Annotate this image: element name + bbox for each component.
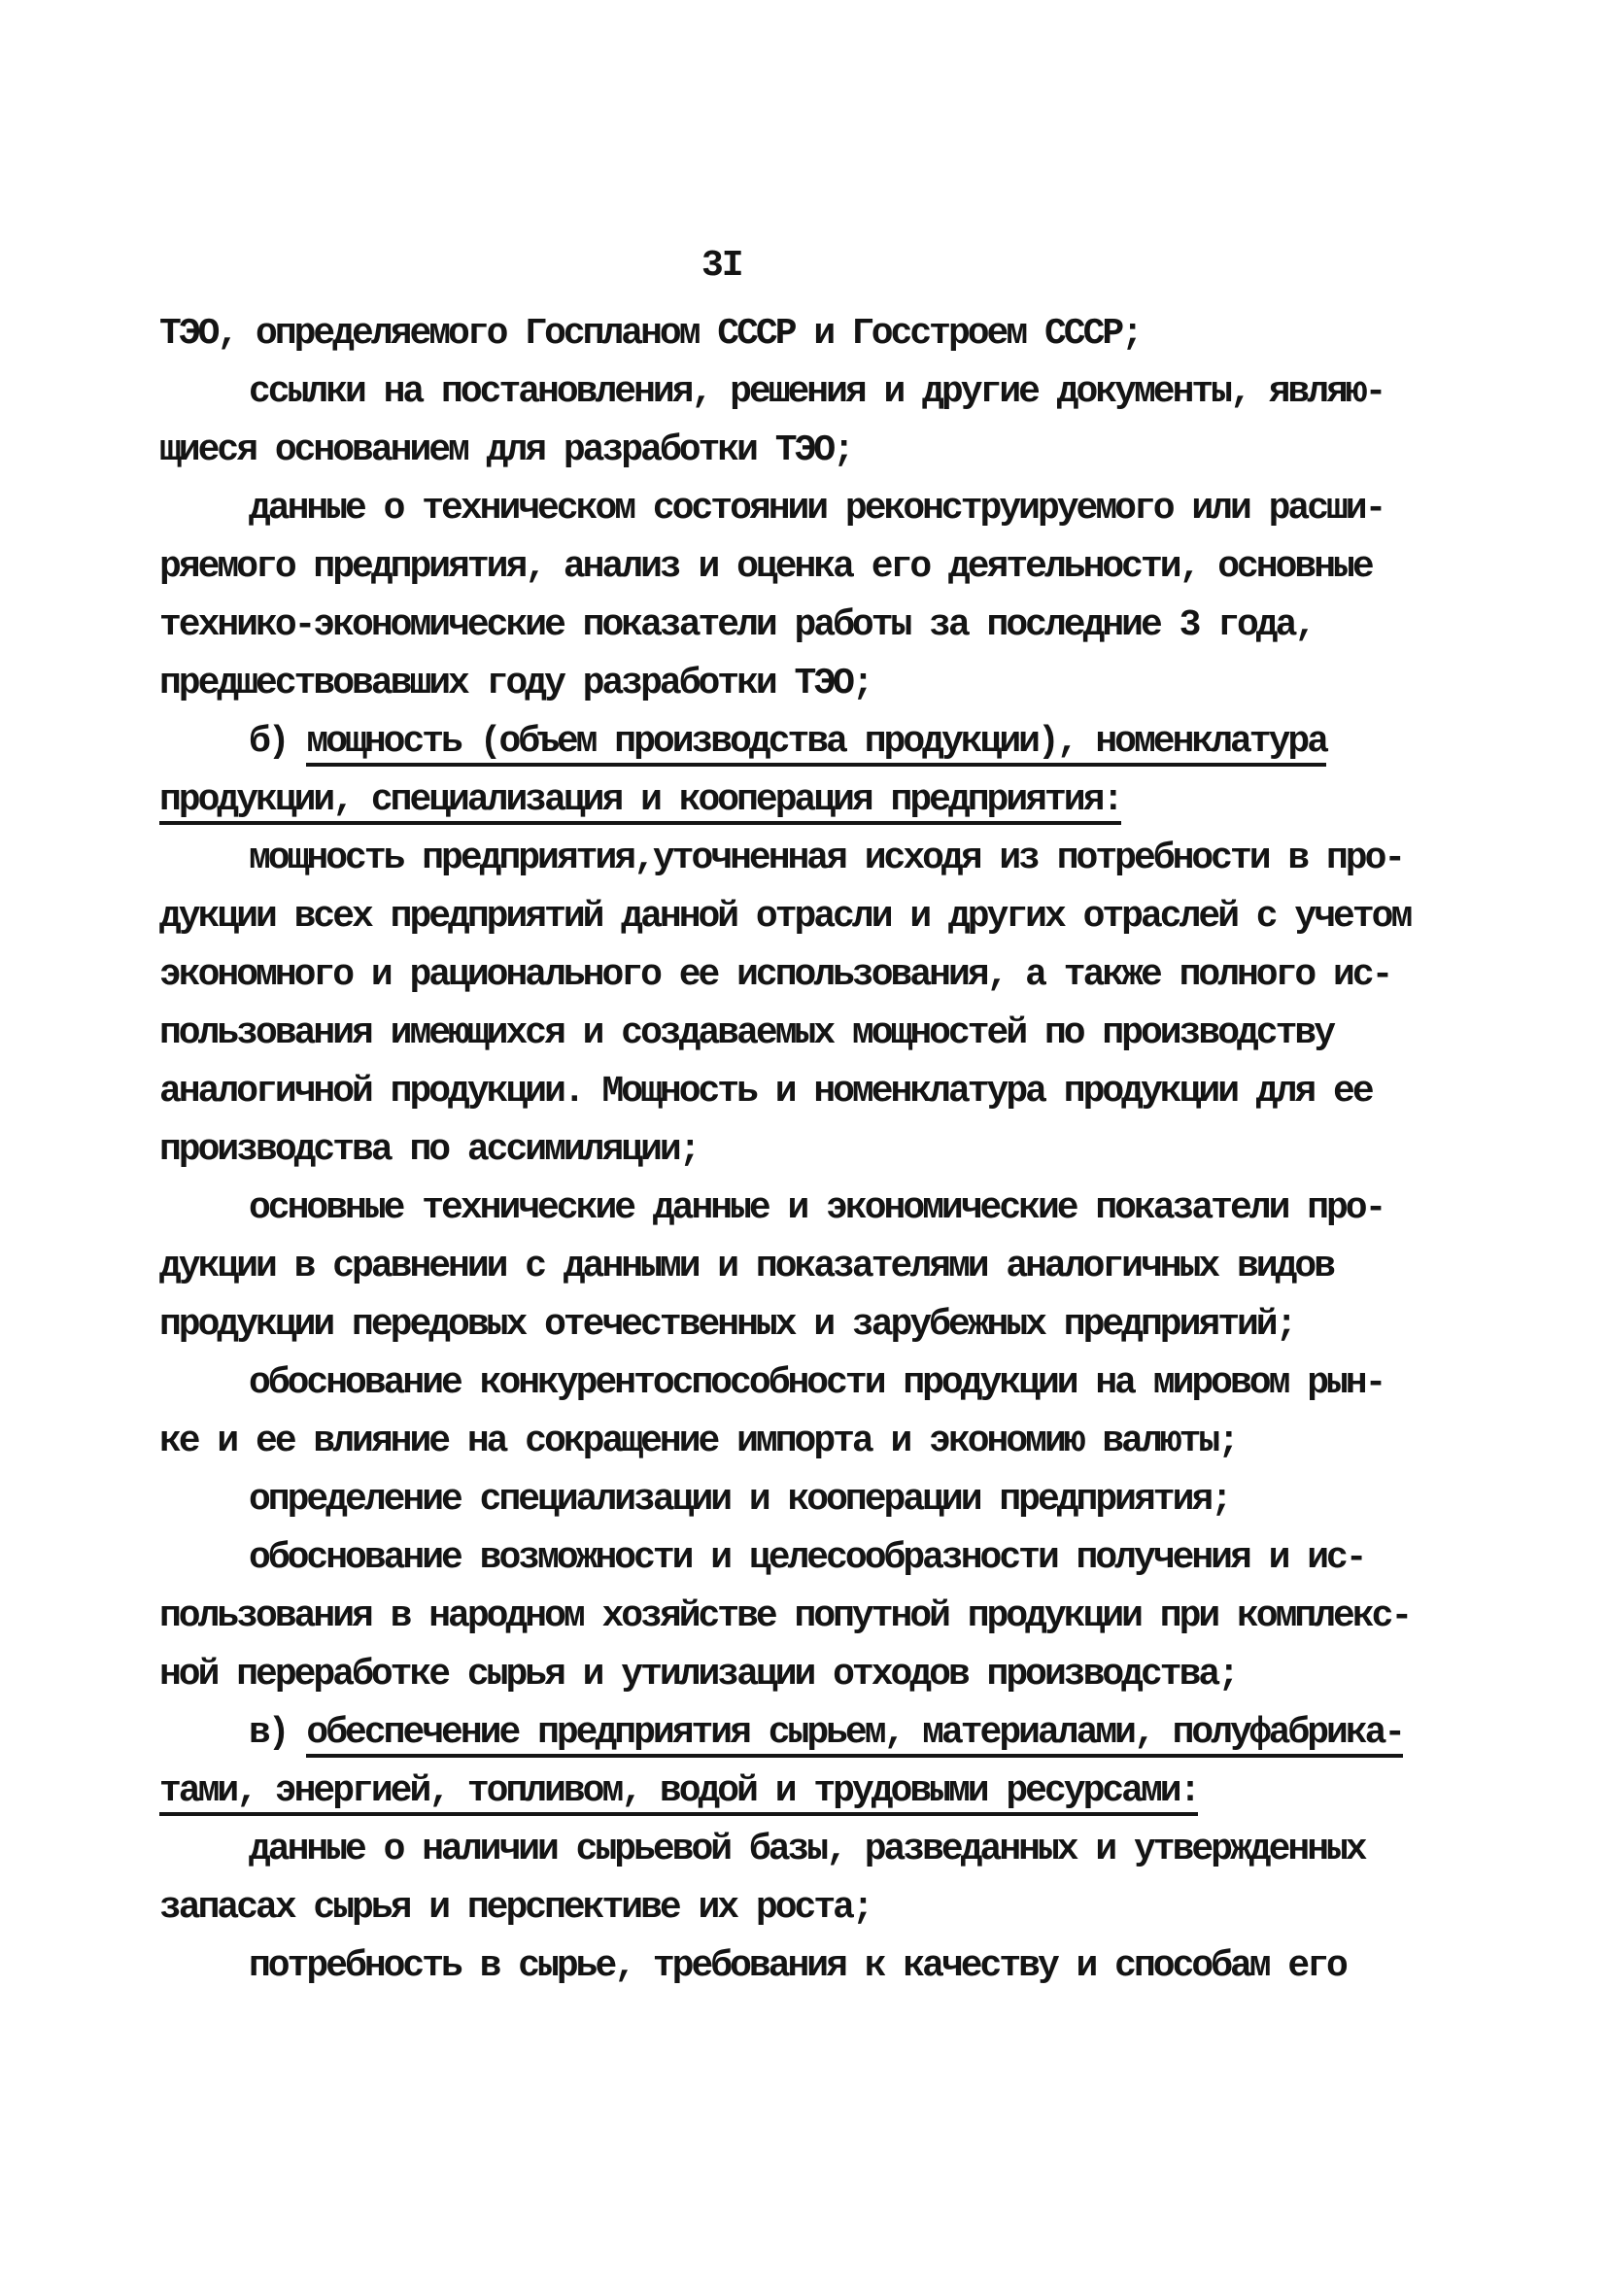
text-line: технико-экономические показатели работы … <box>159 597 1490 655</box>
line-text: производства по ассимиляции; <box>159 1129 699 1171</box>
text-line: данные о техническом состоянии реконстру… <box>159 480 1490 538</box>
line-text: продукции передовых отечественных и зару… <box>159 1304 1294 1346</box>
text-line: ке и ее влияние на сокращение импорта и … <box>159 1413 1490 1471</box>
underlined-heading: обеспечение предприятия сырьем, материал… <box>306 1712 1403 1758</box>
text-line: дукции всех предприятий данной отрасли и… <box>159 888 1490 946</box>
text-line: данные о наличии сырьевой базы, разведан… <box>159 1821 1490 1879</box>
text-line: аналогичной продукции. Мощность и номенк… <box>159 1063 1490 1121</box>
line-text: запасах сырья и перспективе их роста; <box>159 1887 872 1929</box>
text-line: запасах сырья и перспективе их роста; <box>159 1879 1490 1937</box>
text-line: продукции, специализация и кооперация пр… <box>159 771 1490 830</box>
line-text: ссылки на постановления, решения и други… <box>249 371 1384 413</box>
line-text: аналогичной продукции. Мощность и номенк… <box>159 1071 1372 1113</box>
line-text: основные технические данные и экономичес… <box>249 1187 1384 1229</box>
line-text: дукции в сравнении с данными и показател… <box>159 1246 1333 1287</box>
text-line: ТЭО, определяемого Госпланом СССР и Госс… <box>159 305 1490 363</box>
list-marker: б) <box>249 721 306 763</box>
text-line: экономного и рационального ее использова… <box>159 946 1490 1005</box>
list-marker: в) <box>249 1712 306 1754</box>
page-number: 3I <box>701 237 742 295</box>
underlined-heading: продукции, специализация и кооперация пр… <box>159 779 1121 825</box>
line-text: обоснование конкурентоспособности продук… <box>249 1362 1384 1404</box>
text-line: мощность предприятия,уточненная исходя и… <box>159 830 1490 888</box>
text-line: пользования в народном хозяйстве попутно… <box>159 1588 1490 1646</box>
line-text: определение специализации и кооперации п… <box>249 1479 1230 1521</box>
line-text: потребность в сырье, требования к качест… <box>249 1945 1346 1987</box>
line-text: ке и ее влияние на сокращение импорта и … <box>159 1421 1237 1462</box>
line-text: технико-экономические показатели работы … <box>159 604 1314 646</box>
text-line: предшествовавших году разработки ТЭО; <box>159 655 1490 713</box>
line-text: мощность предприятия,уточненная исходя и… <box>249 838 1403 879</box>
line-text: ряемого предприятия, анализ и оценка его… <box>159 546 1372 588</box>
line-text: пользования имеющихся и создаваемых мощн… <box>159 1012 1333 1054</box>
line-text: предшествовавших году разработки ТЭО; <box>159 663 872 704</box>
line-text: данные о техническом состоянии реконстру… <box>249 488 1384 530</box>
text-line: продукции передовых отечественных и зару… <box>159 1296 1490 1354</box>
text-line: производства по ассимиляции; <box>159 1121 1490 1180</box>
underlined-heading: мощность (объем производства продукции),… <box>306 721 1326 767</box>
text-line: обоснование конкурентоспособности продук… <box>159 1354 1490 1413</box>
text-line: определение специализации и кооперации п… <box>159 1471 1490 1529</box>
line-text: данные о наличии сырьевой базы, разведан… <box>249 1829 1365 1870</box>
text-line: обоснование возможности и целесообразнос… <box>159 1529 1490 1588</box>
line-text: обоснование возможности и целесообразнос… <box>249 1537 1365 1579</box>
document-page: 3I ТЭО, определяемого Госпланом СССР и Г… <box>0 0 1607 2296</box>
text-line: основные технические данные и экономичес… <box>159 1180 1490 1238</box>
text-line: щиеся основанием для разработки ТЭО; <box>159 422 1490 480</box>
text-line: тами, энергией, топливом, водой и трудов… <box>159 1763 1490 1821</box>
line-text: пользования в народном хозяйстве попутно… <box>159 1595 1410 1637</box>
text-line: б) мощность (объем производства продукци… <box>159 713 1490 771</box>
text-line: ряемого предприятия, анализ и оценка его… <box>159 538 1490 597</box>
text-line: дукции в сравнении с данными и показател… <box>159 1238 1490 1296</box>
text-line: в) обеспечение предприятия сырьем, матер… <box>159 1704 1490 1763</box>
line-text: ТЭО, определяемого Госпланом СССР и Госс… <box>159 313 1141 355</box>
line-text: ной переработке сырья и утилизации отход… <box>159 1654 1237 1696</box>
text-line: ссылки на постановления, решения и други… <box>159 363 1490 422</box>
line-text: экономного и рационального ее использова… <box>159 954 1390 996</box>
line-text: щиеся основанием для разработки ТЭО; <box>159 429 852 471</box>
underlined-heading: тами, энергией, топливом, водой и трудов… <box>159 1770 1198 1816</box>
text-line: потребность в сырье, требования к качест… <box>159 1937 1490 1996</box>
line-text: дукции всех предприятий данной отрасли и… <box>159 896 1410 938</box>
document-body: ТЭО, определяемого Госпланом СССР и Госс… <box>159 305 1490 1996</box>
text-line: ной переработке сырья и утилизации отход… <box>159 1646 1490 1704</box>
text-line: пользования имеющихся и создаваемых мощн… <box>159 1005 1490 1063</box>
